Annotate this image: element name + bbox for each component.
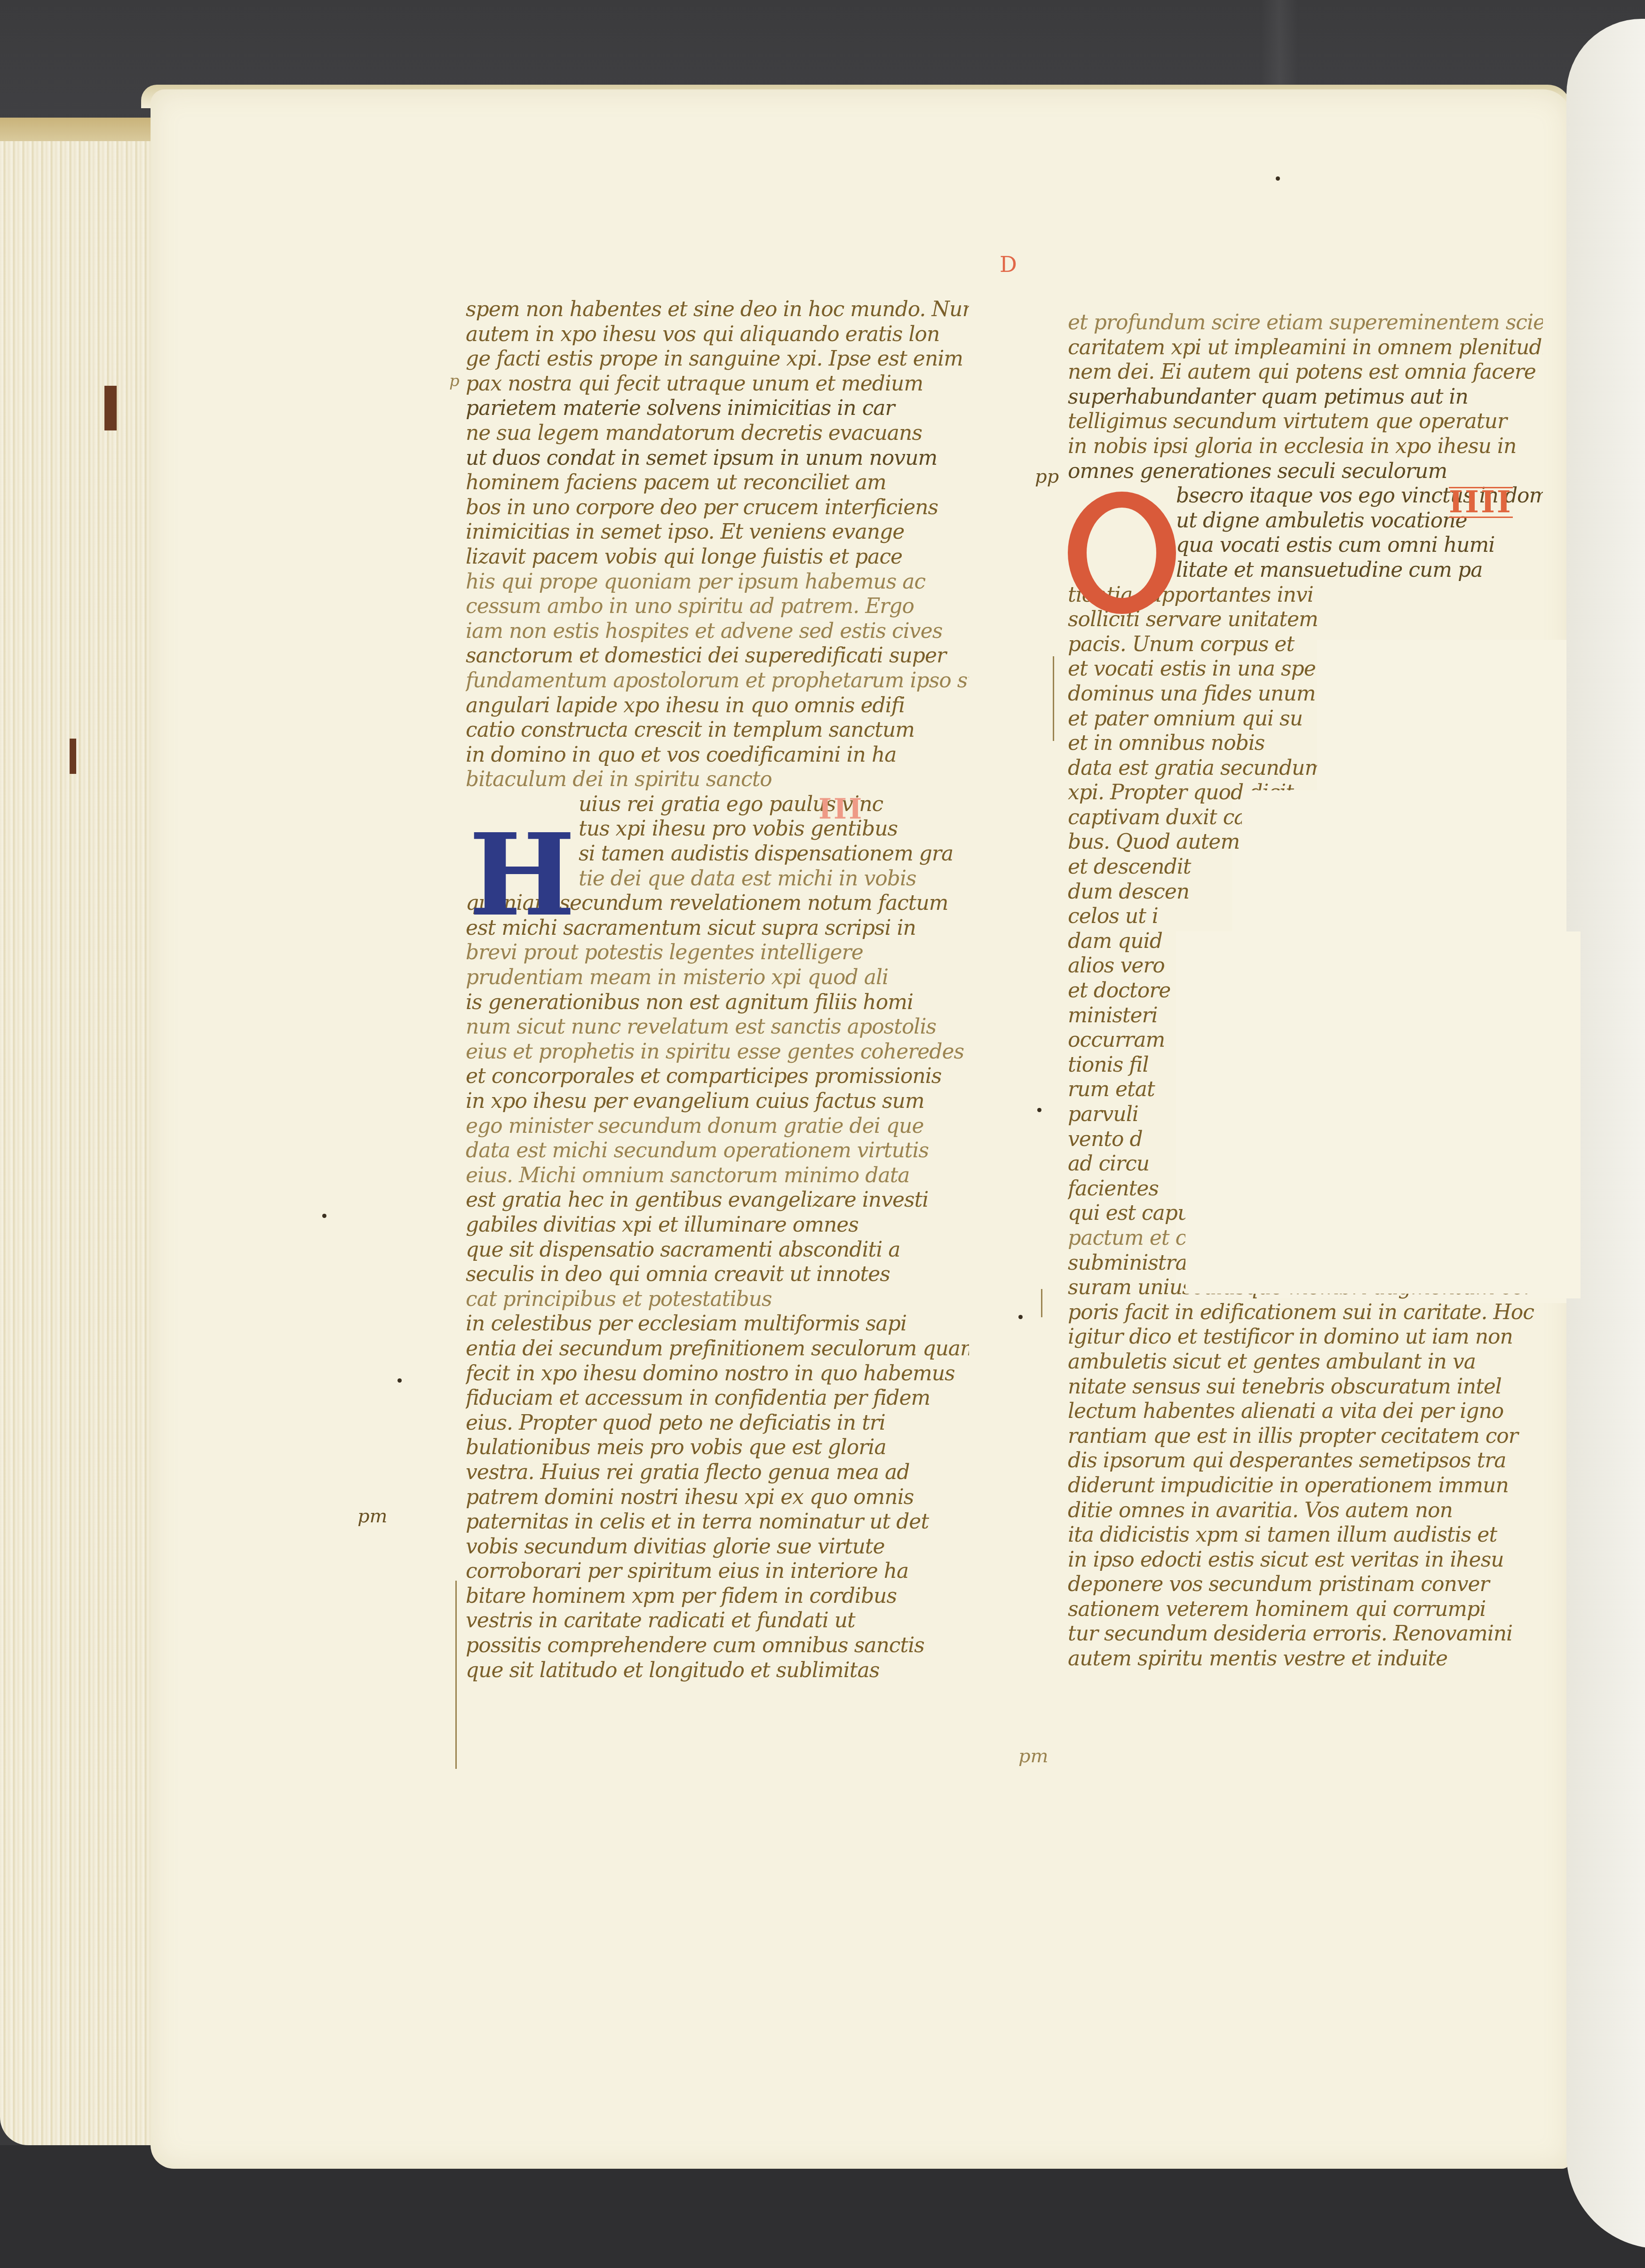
erased-area-overlay (1242, 790, 1566, 931)
text-line: ne sua legem mandatorum decretis evacuan… (466, 421, 969, 446)
text-line: deponere vos secundum pristinam conver (1068, 1572, 1543, 1597)
erased-area-overlay (1185, 931, 1566, 1294)
text-line: bulationibus meis pro vobis que est glor… (466, 1435, 969, 1460)
running-header: D (1000, 252, 1017, 277)
text-line: parietem materie solvens inimicitias in … (466, 396, 969, 421)
text-line: telligimus secundum virtutem que operatu… (1068, 409, 1543, 434)
text-line: dis ipsorum qui desperantes semetipsos t… (1068, 1448, 1543, 1473)
text-column-left: spem non habentes et sine deo in hoc mun… (466, 297, 969, 1683)
text-line: vobis secundum divitias glorie sue virtu… (466, 1535, 969, 1560)
ink-speck (322, 1214, 326, 1218)
text-line: diderunt impudicitie in operationem immu… (1068, 1473, 1543, 1498)
ink-speck (397, 1378, 402, 1383)
chapter-number-rubric: III (819, 793, 864, 826)
text-line: fundamentum apostolorum et prophetarum i… (466, 668, 969, 693)
page-stack-edge (0, 141, 155, 2145)
text-line: iam non estis hospites et advene sed est… (466, 619, 969, 644)
text-line: fiduciam et accessum in confidentia per … (466, 1386, 969, 1411)
text-line: data est michi secundum operationem virt… (466, 1138, 969, 1163)
text-line: poris facit in edificationem sui in cari… (1068, 1300, 1543, 1325)
leather-tab-marker (104, 386, 117, 430)
margin-bracket (1041, 1289, 1042, 1317)
decorated-initial-blue: H (463, 821, 581, 929)
text-line: nem dei. Ei autem qui potens est omnia f… (1068, 360, 1543, 385)
text-line: in xpo ihesu per evangelium cuius factus… (466, 1089, 969, 1114)
text-line: in ipso edocti estis sicut est veritas i… (1068, 1548, 1543, 1573)
text-line: num sicut nunc revelatum est sanctis apo… (466, 1015, 969, 1040)
text-line: et concorporales et comparticipes promis… (466, 1064, 969, 1089)
text-line: autem spiritu mentis vestre et induite (1068, 1647, 1543, 1671)
text-line: omnes generationes seculi seculorum (1068, 459, 1543, 484)
text-line: caritatem xpi ut impleamini in omnem ple… (1068, 335, 1543, 360)
text-line: et profundum scire etiam supereminentem … (1068, 310, 1543, 335)
text-line: autem in xpo ihesu vos qui aliquando era… (466, 322, 969, 347)
text-line: entia dei secundum prefinitionem seculor… (466, 1337, 969, 1361)
text-line: patrem domini nostri ihesu xpi ex quo om… (466, 1485, 969, 1510)
text-line: ut duos condat in semet ipsum in unum no… (466, 446, 969, 471)
text-line: inimicitias in semet ipso. Et veniens ev… (466, 520, 969, 545)
text-line: angulari lapide xpo ihesu in quo omnis e… (466, 693, 969, 718)
text-line: ego minister secundum donum gratie dei q… (466, 1114, 969, 1139)
text-line: ditie omnes in avaritia. Vos autem non (1068, 1498, 1543, 1523)
text-line: eius. Propter quod peto ne deficiatis in… (466, 1411, 969, 1436)
decorated-initial-red: O (1068, 492, 1176, 614)
text-line: rantiam que est in illis propter cecitat… (1068, 1424, 1543, 1449)
text-line: vestra. Huius rei gratia flecto genua me… (466, 1460, 969, 1485)
margin-bracket (1053, 656, 1054, 741)
text-line: prudentiam meam in misterio xpi quod ali (466, 965, 969, 990)
text-line: solliciti servare unitatem (1068, 607, 1543, 632)
ink-speck (1018, 1315, 1023, 1319)
margin-annotation: pp (1035, 466, 1059, 487)
text-line: igitur dico et testificor in domino ut i… (1068, 1325, 1543, 1350)
text-line: ge facti estis prope in sanguine xpi. Ip… (466, 347, 969, 372)
text-line: bitaculum dei in spiritu sancto (466, 767, 969, 792)
margin-annotation: pm (1018, 1745, 1049, 1767)
text-line: que sit dispensatio sacramenti abscondit… (466, 1238, 969, 1263)
text-line: cessum ambo in uno spiritu ad patrem. Er… (466, 594, 969, 619)
ink-speck (1037, 1108, 1041, 1112)
margin-annotation: pm (358, 1505, 388, 1527)
text-line: sanctorum et domestici dei superedificat… (466, 644, 969, 668)
ink-speck (1276, 176, 1280, 181)
text-line: gabiles divitias xpi et illuminare omnes (466, 1213, 969, 1238)
text-line: paternitas in celis et in terra nominatu… (466, 1510, 969, 1535)
text-line: que sit latitudo et longitudo et sublimi… (466, 1658, 969, 1683)
margin-bracket (455, 1581, 457, 1769)
text-line: spem non habentes et sine deo in hoc mun… (466, 297, 969, 322)
text-line: pax nostra qui fecit utraque unum et med… (466, 372, 969, 397)
text-line: vestris in caritate radicati et fundati … (466, 1608, 969, 1633)
text-line: is generationibus non est agnitum filiis… (466, 990, 969, 1015)
text-line: est gratia hec in gentibus evangelizare … (466, 1188, 969, 1213)
text-line: nitate sensus sui tenebris obscuratum in… (1068, 1375, 1543, 1400)
text-line: tur secundum desideria erroris. Renovami… (1068, 1622, 1543, 1647)
text-line: catio constructa crescit in templum sanc… (466, 718, 969, 743)
margin-annotation: p (449, 372, 460, 390)
text-line: cat principibus et potestatibus (466, 1287, 969, 1312)
text-line: brevi prout potestis legentes intelliger… (466, 940, 969, 965)
text-line: lectum habentes alienati a vita dei per … (1068, 1399, 1543, 1424)
text-line: in domino in quo et vos coedificamini in… (466, 743, 969, 768)
chapter-number-rubric: IIII (1449, 487, 1513, 518)
text-line: sationem veterem hominem qui corrumpi (1068, 1597, 1543, 1622)
text-line: ita didicistis xpm si tamen illum audist… (1068, 1523, 1543, 1548)
text-line: in celestibus per ecclesiam multiformis … (466, 1312, 969, 1337)
text-line: possitis comprehendere cum omnibus sanct… (466, 1633, 969, 1658)
text-line: fecit in xpo ihesu domino nostro in quo … (466, 1361, 969, 1386)
text-line: corroborari per spiritum eius in interio… (466, 1559, 969, 1584)
text-line: superhabundanter quam petimus aut in (1068, 385, 1543, 410)
erased-area-overlay (1317, 640, 1566, 790)
text-line: bitare hominem xpm per fidem in cordibus (466, 1584, 969, 1609)
text-line: hominem faciens pacem ut reconciliet am (466, 470, 969, 495)
text-line: lizavit pacem vobis qui longe fuistis et… (466, 545, 969, 570)
text-line: ambuletis sicut et gentes ambulant in va (1068, 1350, 1543, 1375)
text-line: in nobis ipsi gloria in ecclesia in xpo … (1068, 434, 1543, 459)
text-line: seculis in deo qui omnia creavit ut inno… (466, 1262, 969, 1287)
leather-tab-marker (70, 739, 76, 774)
text-line: eius et prophetis in spiritu esse gentes… (466, 1040, 969, 1065)
text-line: eius. Michi omnium sanctorum minimo data (466, 1163, 969, 1188)
text-line: his qui prope quoniam per ipsum habemus … (466, 570, 969, 595)
text-line: bos in uno corpore deo per crucem interf… (466, 495, 969, 520)
